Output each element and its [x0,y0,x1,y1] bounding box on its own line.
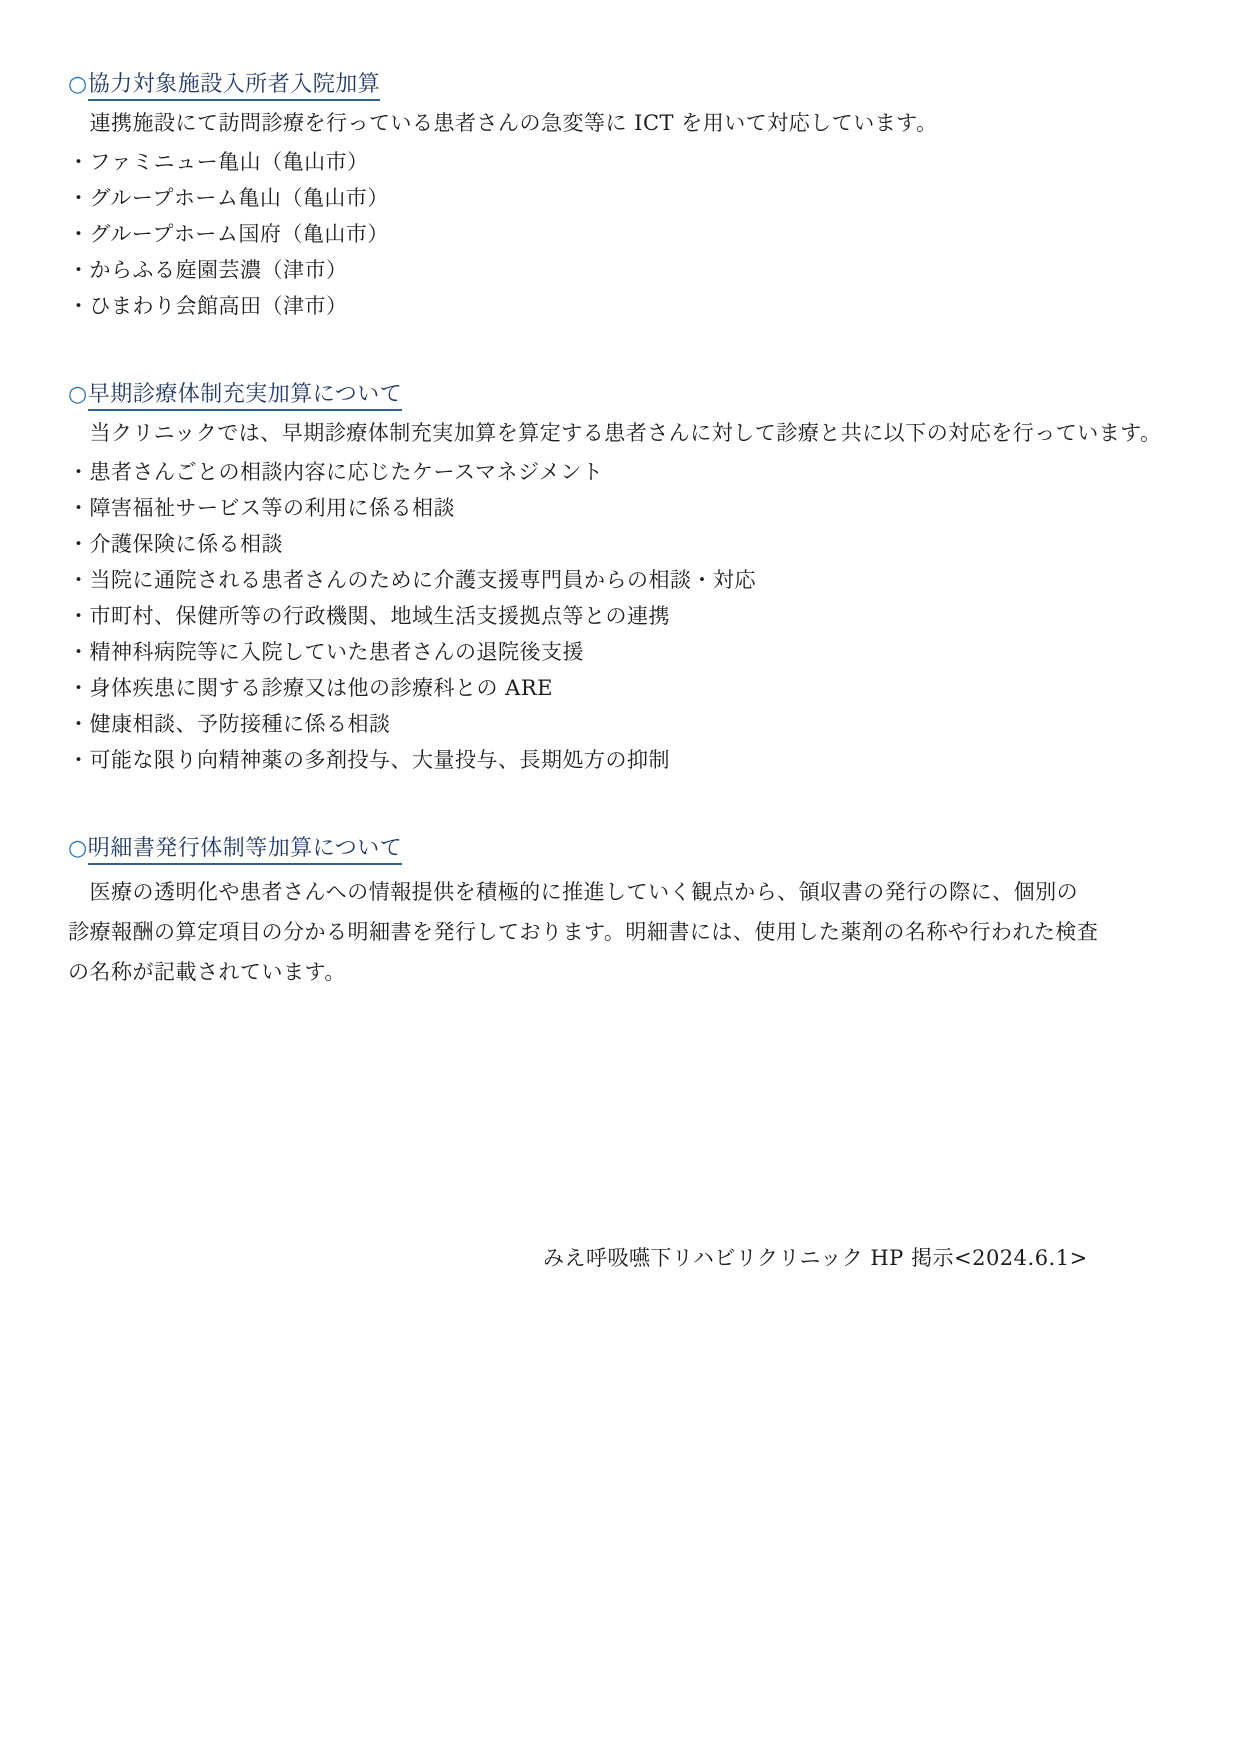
heading-link-kyoryoku[interactable]: 協力対象施設入所者入院加算 [88,72,381,101]
footer-attribution: みえ呼吸嚥下リハビリクリニック HP 掲示<2024.6.1> [543,1244,1181,1272]
section-heading: ○協力対象施設入所者入院加算 [68,70,1181,100]
heading-link-soki[interactable]: 早期診療体制充実加算について [88,382,403,411]
section-kyoryoku-taisho: ○協力対象施設入所者入院加算 連携施設にて訪問診療を行っている患者さんの急変等に… [68,70,1181,324]
list-item: ・患者さんごとの相談内容に応じたケースマネジメント [68,454,1181,490]
heading-circle-mark: ○ [68,382,88,407]
list-item: ・からふる庭園芸濃（津市） [68,252,1181,288]
list-item: ・障害福祉サービス等の利用に係る相談 [68,490,1181,526]
list-item: ・精神科病院等に入院していた患者さんの退院後支援 [68,634,1181,670]
heading-circle-mark: ○ [68,72,88,97]
section-heading: ○明細書発行体制等加算について [68,834,1181,864]
list-item: ・健康相談、予防接種に係る相談 [68,706,1181,742]
support-list: ・患者さんごとの相談内容に応じたケースマネジメント ・障害福祉サービス等の利用に… [68,454,1181,778]
list-item: ・グループホーム亀山（亀山市） [68,180,1181,216]
section-heading: ○早期診療体制充実加算について [68,380,1181,410]
list-item: ・当院に通院される患者さんのために介護支援専門員からの相談・対応 [68,562,1181,598]
paragraph-line: の名称が記載されています。 [68,952,1181,992]
facility-list: ・ファミニュー亀山（亀山市） ・グループホーム亀山（亀山市） ・グループホーム国… [68,144,1181,324]
section-paragraph: 医療の透明化や患者さんへの情報提供を積極的に推進していく観点から、領収書の発行の… [68,872,1181,992]
list-item: ・ひまわり会館高田（津市） [68,288,1181,324]
list-item: ・ファミニュー亀山（亀山市） [68,144,1181,180]
heading-link-meisaisho[interactable]: 明細書発行体制等加算について [88,836,403,865]
list-item: ・グループホーム国府（亀山市） [68,216,1181,252]
paragraph-line: 医療の透明化や患者さんへの情報提供を積極的に推進していく観点から、領収書の発行の… [68,872,1181,912]
list-item: ・介護保険に係る相談 [68,526,1181,562]
section-intro: 当クリニックでは、早期診療体制充実加算を算定する患者さんに対して診療と共に以下の… [68,418,1181,448]
list-item: ・可能な限り向精神薬の多剤投与、大量投与、長期処方の抑制 [68,742,1181,778]
document-page: ○協力対象施設入所者入院加算 連携施設にて訪問診療を行っている患者さんの急変等に… [0,0,1241,1755]
section-soki-shinryo: ○早期診療体制充実加算について 当クリニックでは、早期診療体制充実加算を算定する… [68,380,1181,778]
section-intro: 連携施設にて訪問診療を行っている患者さんの急変等に ICT を用いて対応していま… [68,108,1181,138]
list-item: ・身体疾患に関する診療又は他の診療科との ARE [68,670,1181,706]
section-meisaisho: ○明細書発行体制等加算について 医療の透明化や患者さんへの情報提供を積極的に推進… [68,834,1181,992]
paragraph-line: 診療報酬の算定項目の分かる明細書を発行しております。明細書には、使用した薬剤の名… [68,912,1181,952]
heading-circle-mark: ○ [68,836,88,861]
list-item: ・市町村、保健所等の行政機関、地域生活支援拠点等との連携 [68,598,1181,634]
